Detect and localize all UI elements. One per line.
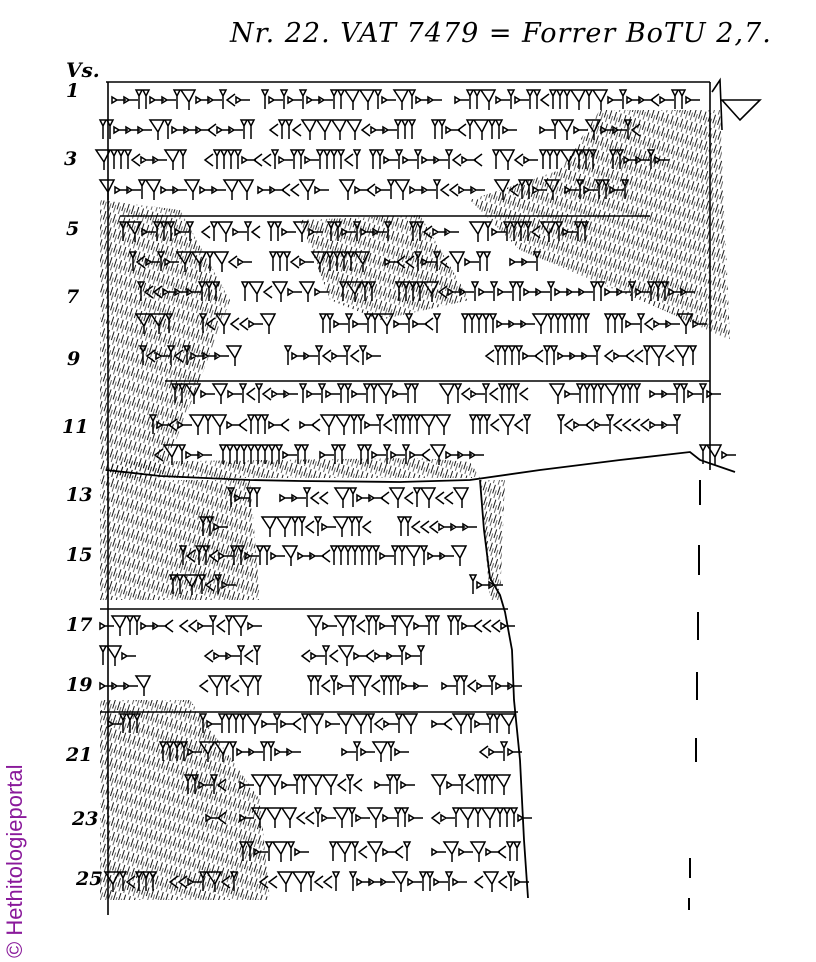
sign-group	[240, 808, 423, 828]
sign-group	[300, 384, 418, 404]
right-margin-dashes	[689, 480, 700, 910]
sign-group	[432, 775, 510, 795]
sign-group	[180, 616, 262, 636]
sign-group	[100, 120, 254, 140]
sign-group	[375, 775, 415, 794]
sign-group	[486, 346, 600, 365]
sign-line-1	[112, 90, 700, 110]
sign-group	[100, 180, 253, 200]
sign-group	[448, 616, 515, 635]
sign-group	[242, 282, 329, 302]
sign-group	[342, 742, 409, 762]
sign-group	[310, 546, 466, 566]
hatch-lower-left	[100, 700, 270, 900]
sign-group	[100, 616, 173, 636]
sign-line-2	[100, 120, 640, 140]
watermark: © Hethitologieportal	[2, 764, 28, 958]
sign-group	[302, 646, 424, 666]
sign-group	[330, 842, 410, 862]
sign-group	[200, 676, 261, 696]
sign-group	[262, 90, 442, 110]
sign-group	[510, 252, 540, 271]
sign-group	[285, 346, 381, 365]
sign-group	[432, 808, 532, 828]
sign-line-9	[140, 346, 696, 366]
sign-line-17	[100, 616, 515, 636]
sign-group	[308, 616, 439, 636]
sign-group	[440, 384, 528, 404]
sign-line-13	[228, 488, 468, 508]
sign-group	[112, 90, 250, 110]
sign-group	[605, 346, 696, 366]
sign-group	[558, 415, 680, 434]
sign-group	[326, 714, 417, 734]
cuneiform-tablet-drawing	[0, 0, 816, 962]
sign-group	[205, 646, 260, 665]
sign-group	[550, 384, 640, 404]
hatch-left-margin	[100, 200, 260, 600]
sign-line-18	[100, 646, 424, 666]
sign-group	[475, 872, 529, 892]
sign-group	[462, 314, 589, 334]
sign-group	[432, 714, 515, 734]
sign-group	[350, 872, 467, 892]
sign-group	[493, 150, 538, 170]
sign-line-24	[240, 842, 520, 862]
sign-group	[398, 517, 477, 536]
sign-group	[432, 842, 520, 862]
sign-group	[258, 180, 329, 200]
sign-group	[455, 90, 700, 110]
sign-group	[470, 415, 530, 435]
sign-group	[270, 120, 415, 140]
sign-group	[335, 488, 468, 508]
sign-line-19	[100, 676, 522, 696]
sign-group	[442, 676, 522, 695]
sign-group	[300, 415, 450, 435]
sign-group	[200, 714, 323, 734]
sign-group	[260, 872, 339, 892]
sign-group	[100, 646, 136, 666]
sign-group	[432, 120, 517, 140]
sign-line-11	[150, 415, 680, 435]
sign-group	[205, 150, 360, 169]
sign-group	[280, 488, 328, 507]
tablet-autograph-page: Nr. 22. VAT 7479 = Forrer BoTU 2,7. Vs. …	[0, 0, 816, 962]
sign-group	[202, 222, 260, 242]
sign-group	[262, 517, 371, 537]
sign-group	[240, 775, 362, 795]
sign-group	[308, 676, 428, 696]
sign-group	[370, 150, 482, 169]
sign-group	[340, 180, 485, 200]
sign-line-10	[172, 384, 721, 404]
sign-group	[96, 150, 186, 170]
sign-group	[480, 742, 522, 761]
